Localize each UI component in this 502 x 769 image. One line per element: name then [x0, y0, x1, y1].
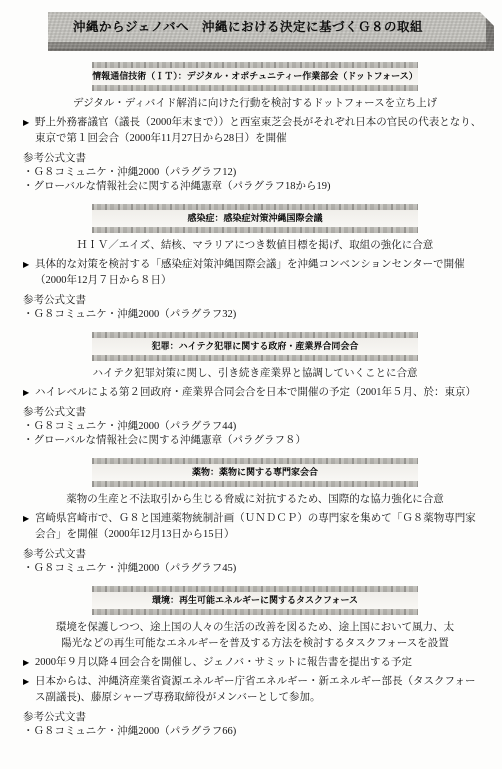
bullet-arrow-icon: ▶	[23, 658, 29, 668]
bar-texture-bottom	[92, 227, 418, 233]
bullet-arrow-icon: ▶	[23, 118, 29, 128]
section-header-bar: 情報通信技術（ＩＴ）：デジタル・オポチュニティー作業部会（ドットフォース）	[92, 62, 418, 91]
section-header-bar: 薬物：薬物に関する専門家会合	[92, 458, 418, 487]
section-lead: デジタル・ディバイド解消に向けた行動を検討するドットフォースを立ち上げ	[23, 96, 487, 112]
section-header-bar: 犯罪：ハイテク犯罪に関する政府・産業界合同会合	[92, 332, 418, 361]
reference-label: 参考公式文書	[23, 152, 487, 166]
bullet-text: 宮崎県宮崎市で、Ｇ８と国連薬物統制計画（ＵＮＤＣＰ）の専門家を集めて「Ｇ８薬物専…	[35, 511, 487, 543]
bullet-arrow-icon: ▶	[23, 260, 29, 270]
section-crime: 犯罪：ハイテク犯罪に関する政府・産業界合同会合 ハイテク犯罪対策に関し、引き続き…	[23, 332, 487, 448]
reference-item: ・グローバルな情報社会に関する沖縄憲章（パラグラフ18から19)	[23, 180, 487, 194]
reference-label: 参考公式文書	[23, 711, 487, 725]
reference-label: 参考公式文書	[23, 406, 487, 420]
section-header-bar: 環境：再生可能エネルギーに関するタスクフォース	[92, 586, 418, 615]
bullet-arrow-icon: ▶	[23, 677, 29, 687]
reference-item: ・Ｇ８コミュニケ・沖縄2000（パラグラフ12)	[23, 166, 487, 180]
bullet-text: ハイレベルによる第２回政府・産業界合同会合を日本で開催の予定（2001年５月、於…	[35, 385, 487, 401]
bullet-item: ▶ ハイレベルによる第２回政府・産業界合同会合を日本で開催の予定（2001年５月…	[23, 385, 487, 401]
section-lead: ＨＩＶ／エイズ、結核、マラリアにつき数値目標を掲げ、取組の強化に合意	[23, 238, 487, 254]
bar-texture-bottom	[92, 481, 418, 487]
bullet-arrow-icon: ▶	[23, 514, 29, 524]
bullet-item: ▶ 宮崎県宮崎市で、Ｇ８と国連薬物統制計画（ＵＮＤＣＰ）の専門家を集めて「Ｇ８薬…	[23, 511, 487, 543]
bar-texture-bottom	[92, 609, 418, 615]
bullet-item: ▶ 具体的な対策を検討する「感染症対策沖縄国際会議」を沖縄コンベンションセンター…	[23, 257, 487, 289]
section-title: 犯罪：ハイテク犯罪に関する政府・産業界合同会合	[92, 338, 418, 355]
section-lead: ハイテク犯罪対策に関し、引き続き産業界と協調していくことに合意	[23, 366, 487, 382]
section-infectious-disease: 感染症：感染症対策沖縄国際会議 ＨＩＶ／エイズ、結核、マラリアにつき数値目標を掲…	[23, 204, 487, 322]
reference-label: 参考公式文書	[23, 294, 487, 308]
section-title: 情報通信技術（ＩＴ）：デジタル・オポチュニティー作業部会（ドットフォース）	[92, 68, 418, 85]
bullet-text: 2000年９月以降４回会合を開催し、ジェノバ・サミットに報告書を提出する予定	[35, 655, 487, 671]
bullet-item: ▶ 2000年９月以降４回会合を開催し、ジェノバ・サミットに報告書を提出する予定	[23, 655, 487, 671]
reference-item: ・Ｇ８コミュニケ・沖縄2000（パラグラフ66)	[23, 725, 487, 739]
bullet-text: 日本からは、沖縄済産業省資源エネルギー庁省エネルギー・新エネルギー部長（タスクフ…	[35, 674, 487, 706]
bullet-text: 具体的な対策を検討する「感染症対策沖縄国際会議」を沖縄コンベンションセンターで開…	[35, 257, 487, 289]
reference-item: ・Ｇ８コミュニケ・沖縄2000（パラグラフ45)	[23, 562, 487, 576]
title-banner: 沖縄からジェノバへ 沖縄における決定に基づくＧ８の取組	[48, 12, 494, 51]
section-title: 感染症：感染症対策沖縄国際会議	[92, 210, 418, 227]
document-content: 情報通信技術（ＩＴ）：デジタル・オポチュニティー作業部会（ドットフォース） デジ…	[23, 56, 487, 739]
section-environment: 環境：再生可能エネルギーに関するタスクフォース 環境を保護しつつ、途上国の人々の…	[23, 586, 487, 739]
reference-item: ・Ｇ８コミュニケ・沖縄2000（パラグラフ44)	[23, 420, 487, 434]
bar-texture-bottom	[92, 85, 418, 91]
section-it: 情報通信技術（ＩＴ）：デジタル・オポチュニティー作業部会（ドットフォース） デジ…	[23, 62, 487, 194]
section-lead: 薬物の生産と不法取引から生じる脅威に対抗するため、国際的な協力強化に合意	[23, 492, 487, 508]
bullet-text: 野上外務審議官（議長（2000年末まで））と西室東芝会長がそれぞれ日本の官民の代…	[35, 115, 487, 147]
bar-texture-bottom	[92, 355, 418, 361]
section-header-bar: 感染症：感染症対策沖縄国際会議	[92, 204, 418, 233]
section-title: 薬物：薬物に関する専門家会合	[92, 464, 418, 481]
reference-item: ・Ｇ８コミュニケ・沖縄2000（パラグラフ32)	[23, 308, 487, 322]
bullet-arrow-icon: ▶	[23, 388, 29, 398]
reference-item: ・グローバルな情報社会に関する沖縄憲章（パラグラフ８）	[23, 434, 487, 448]
page-title: 沖縄からジェノバへ 沖縄における決定に基づくＧ８の取組	[48, 17, 448, 35]
reference-label: 参考公式文書	[23, 548, 487, 562]
bullet-item: ▶ 日本からは、沖縄済産業省資源エネルギー庁省エネルギー・新エネルギー部長（タス…	[23, 674, 487, 706]
section-drugs: 薬物：薬物に関する専門家会合 薬物の生産と不法取引から生じる脅威に対抗するため、…	[23, 458, 487, 576]
scanned-document-page: 沖縄からジェノバへ 沖縄における決定に基づくＧ８の取組 情報通信技術（ＩＴ）：デ…	[0, 0, 502, 769]
bullet-item: ▶ 野上外務審議官（議長（2000年末まで））と西室東芝会長がそれぞれ日本の官民…	[23, 115, 487, 147]
section-title: 環境：再生可能エネルギーに関するタスクフォース	[92, 592, 418, 609]
section-lead: 環境を保護しつつ、途上国の人々の生活の改善を図るため、途上国において風力、太 陽…	[23, 620, 487, 652]
